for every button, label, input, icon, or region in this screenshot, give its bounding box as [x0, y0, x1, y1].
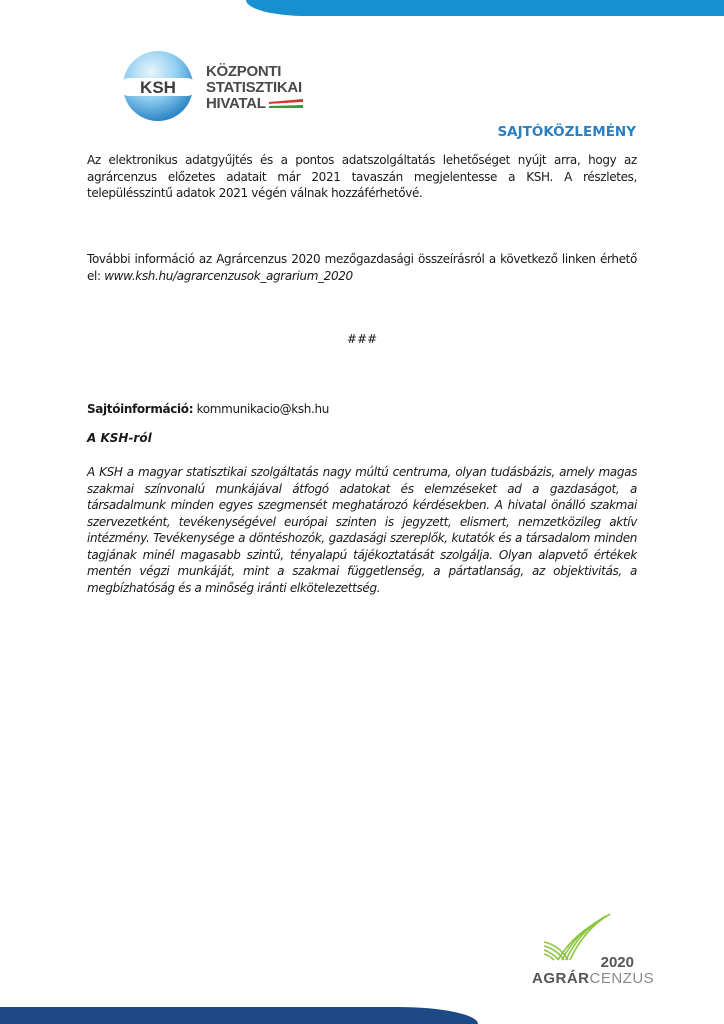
- org-name: KÖZPONTI STATISZTIKAI HIVATAL: [206, 64, 303, 112]
- agrarcenzus-link[interactable]: www.ksh.hu/agrarcenzusok_agrarium_2020: [104, 269, 353, 283]
- census-year: 2020: [601, 954, 634, 971]
- press-info-email[interactable]: kommunikacio@ksh.hu: [197, 402, 329, 416]
- ksh-globe-icon: KSH: [118, 50, 198, 122]
- bottom-decorative-band: [0, 1007, 478, 1024]
- hungarian-flag-icon: [269, 99, 303, 109]
- end-separator: ###: [0, 332, 724, 346]
- top-decorative-band: [246, 0, 724, 16]
- press-info-label: Sajtóinformáció:: [87, 402, 193, 416]
- about-paragraph: A KSH a magyar statisztikai szolgáltatás…: [87, 464, 637, 596]
- document-type-heading: SAJTÓKÖZLEMÉNY: [497, 124, 636, 140]
- svg-text:KSH: KSH: [140, 78, 176, 97]
- census-name: AGRÁRCENZUS: [532, 970, 654, 987]
- paragraph-more-info: További információ az Agrárcenzus 2020 m…: [87, 251, 637, 284]
- about-heading: A KSH-ról: [87, 431, 152, 445]
- paragraph-intro: Az elektronikus adatgyűjtés és a pontos …: [87, 152, 637, 202]
- press-info: Sajtóinformáció: kommunikacio@ksh.hu: [87, 401, 637, 418]
- ksh-logo: KSH KÖZPONTI STATISZTIKAI HIVATAL: [118, 50, 318, 122]
- agrarcenzus-logo: 2020 AGRÁRCENZUS: [532, 912, 642, 992]
